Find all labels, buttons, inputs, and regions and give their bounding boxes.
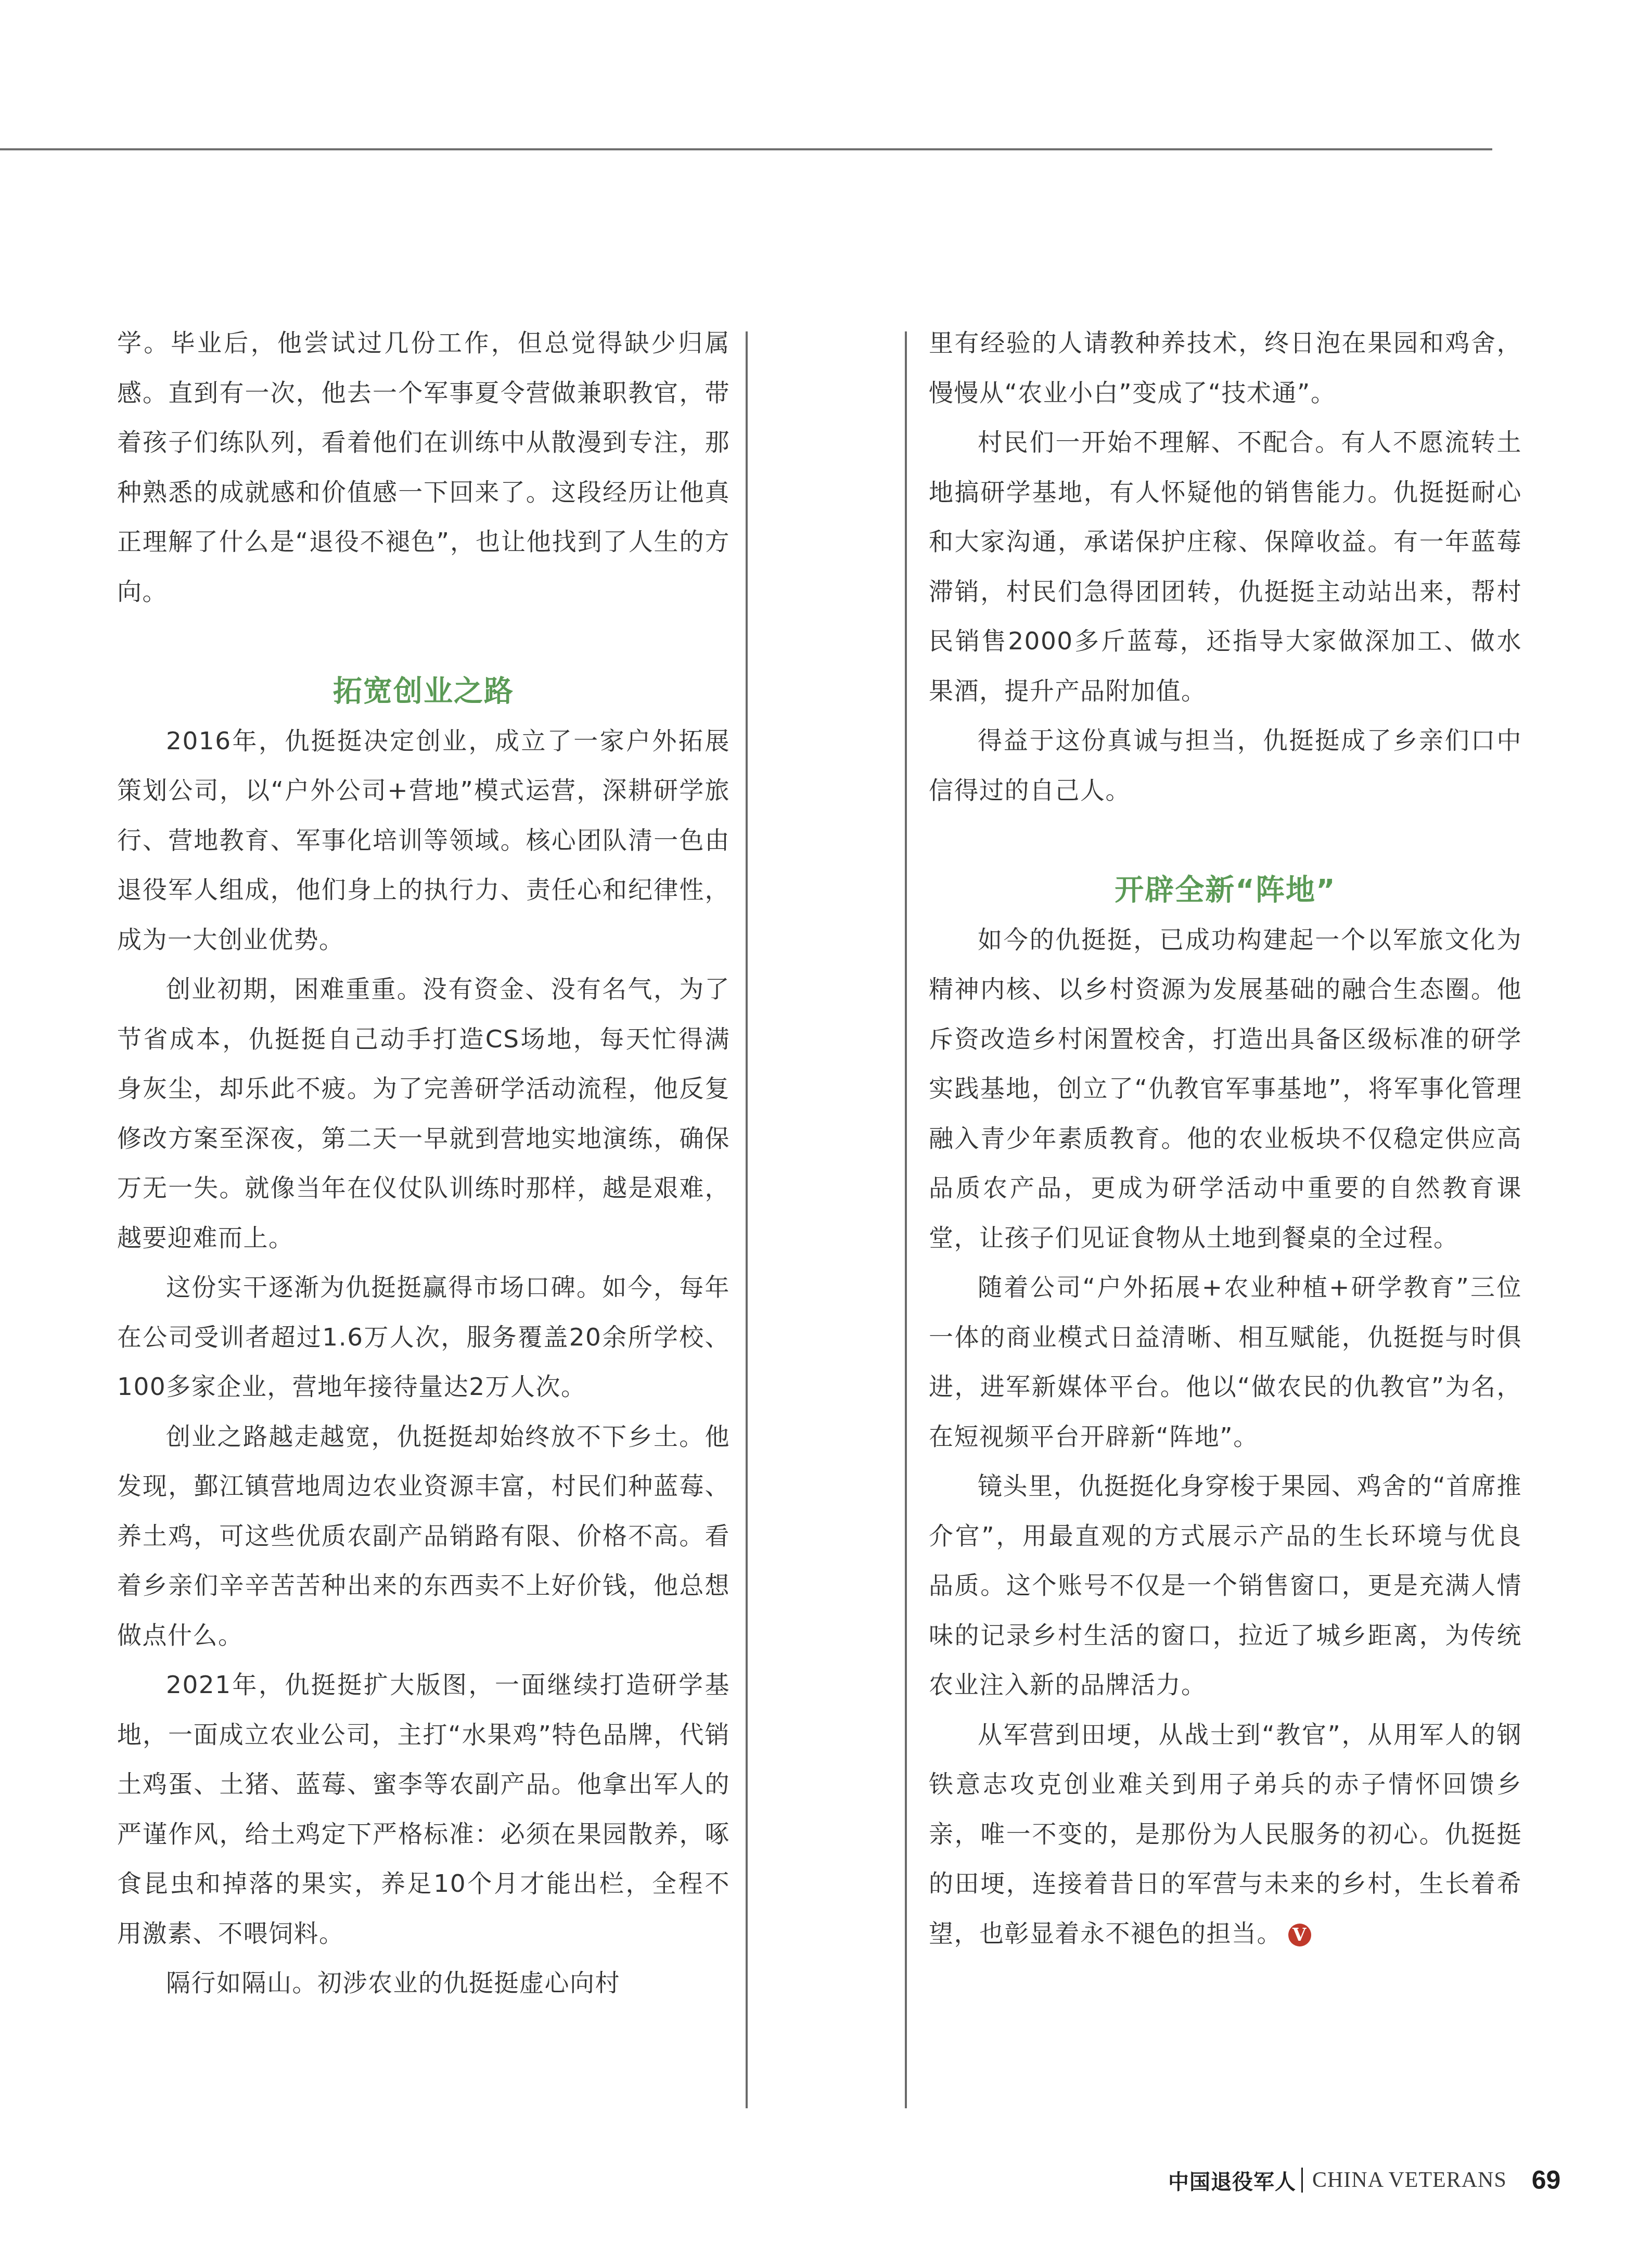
top-rule — [0, 148, 1492, 150]
paragraph: 如今的仇挺挺，已成功构建起一个以军旅文化为精神内核、以乡村资源为发展基础的融合生… — [929, 915, 1522, 1263]
paragraph: 2021年，仇挺挺扩大版图，一面继续打造研学基地，一面成立农业公司，主打“水果鸡… — [117, 1660, 730, 1958]
paragraph: 创业之路越走越宽，仇挺挺却始终放不下乡土。他发现，鄞江镇营地周边农业资源丰富，村… — [117, 1412, 730, 1661]
right-column-divider — [905, 331, 907, 2108]
paragraph: 得益于这份真诚与担当，仇挺挺成了乡亲们口中信得过的自己人。 — [929, 716, 1522, 815]
paragraph: 创业初期，困难重重。没有资金、没有名气，为了节省成本，仇挺挺自己动手打造CS场地… — [117, 965, 730, 1263]
paragraph: 2016年，仇挺挺决定创业，成立了一家户外拓展策划公司，以“户外公司+营地”模式… — [117, 716, 730, 965]
paragraph-text: 从军营到田埂，从战士到“教官”，从用军人的钢铁意志攻克创业难关到用子弟兵的赤子情… — [929, 1721, 1522, 1948]
paragraph: 这份实干逐渐为仇挺挺赢得市场口碑。如今，每年在公司受训者超过1.6万人次，服务覆… — [117, 1263, 730, 1412]
footer-separator — [1301, 2168, 1303, 2193]
page-number: 69 — [1532, 2165, 1561, 2195]
paragraph: 里有经验的人请教种养技术，终日泡在果园和鸡舍，慢慢从“农业小白”变成了“技术通”… — [929, 318, 1522, 418]
paragraph: 学。毕业后，他尝试过几份工作，但总觉得缺少归属感。直到有一次，他去一个军事夏令营… — [117, 318, 730, 617]
paragraph: 从军营到田埂，从战士到“教官”，从用军人的钢铁意志攻克创业难关到用子弟兵的赤子情… — [929, 1710, 1522, 1959]
magazine-name-en: CHINA VETERANS — [1312, 2168, 1507, 2193]
section-heading: 开辟全新“阵地” — [929, 865, 1522, 915]
paragraph: 镜头里，仇挺挺化身穿梭于果园、鸡舍的“首席推介官”，用最直观的方式展示产品的生长… — [929, 1462, 1522, 1710]
paragraph: 村民们一开始不理解、不配合。有人不愿流转土地搞研学基地，有人怀疑他的销售能力。仇… — [929, 418, 1522, 716]
left-column: 学。毕业后，他尝试过几份工作，但总觉得缺少归属感。直到有一次，他去一个军事夏令营… — [117, 318, 730, 2008]
magazine-name-cn: 中国退役军人 — [1168, 2166, 1296, 2195]
left-column-divider — [746, 331, 748, 2108]
end-mark-v-icon: V — [1288, 1924, 1311, 1946]
section-heading: 拓宽创业之路 — [117, 667, 730, 716]
page-footer: 中国退役军人 CHINA VETERANS 69 — [1168, 2162, 1560, 2198]
right-column: 里有经验的人请教种养技术，终日泡在果园和鸡舍，慢慢从“农业小白”变成了“技术通”… — [929, 318, 1522, 1958]
paragraph: 随着公司“户外拓展+农业种植+研学教育”三位一体的商业模式日益清晰、相互赋能，仇… — [929, 1263, 1522, 1462]
paragraph: 隔行如隔山。初涉农业的仇挺挺虚心向村 — [117, 1958, 730, 2008]
